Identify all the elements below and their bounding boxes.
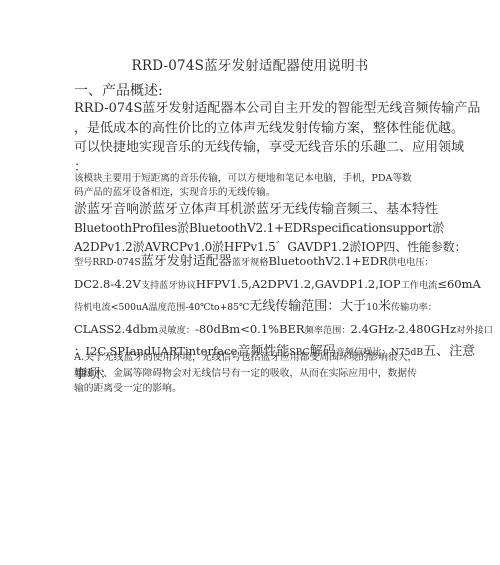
spec-line: 型号RRD-074S蓝牙发射适配器蓝牙规格BluetoothV2.1+EDR供电… — [74, 250, 436, 273]
spec-segment: 供电电压： — [388, 257, 434, 268]
spec-segment: 蓝牙发射适配器 — [141, 254, 232, 269]
section-heading-overview: 一、产品概述: — [74, 80, 163, 100]
spec-segment: 型号RRD-074S — [74, 257, 141, 268]
spec-segment: HFPV1.5,A2DPV1.2,GAVDP1.2,IOP — [196, 277, 401, 291]
text-line: 淤蓝牙音响淤蓝牙立体声耳机淤蓝牙无线传输音频三、基本特性 — [74, 200, 436, 219]
spec-segment: 支持蓝牙协议 — [141, 280, 196, 291]
spec-segment: DC2.8-4.2V — [74, 277, 141, 291]
spec-line: DC2.8-4.2V支持蓝牙协议HFPV1.5,A2DPV1.2,GAVDP1.… — [74, 273, 436, 296]
spec-segment: 米 — [378, 299, 391, 314]
text-line: 如树木、金属等障碍物会对无线信号有一定的吸收，从而在实际应用中，数据传 — [74, 366, 436, 382]
text-line: ，是低成本的高性价比的立体声无线发射传输方案，整体性能优越。 — [74, 119, 436, 139]
spec-segment: 10 — [366, 302, 378, 313]
text-line: 该模块主要用于短距离的音乐传输，可以方便地和笔记本电脑，手机，PDA等数 — [74, 172, 436, 186]
text-line: A.关于无线蓝牙的使用环境，无线信号包括蓝牙应用都受周围环境的影响很大， — [74, 350, 436, 366]
spec-segment: 灵敏度： — [158, 325, 195, 336]
text-line: 输的距离受一定的影响。 — [74, 381, 436, 397]
spec-segment: 蓝牙规格 — [232, 257, 269, 268]
spec-segment: 频率范围： — [305, 325, 351, 336]
overview-paragraph: RRD-074S蓝牙发射适配器本公司自主开发的智能型无线音频传输产品 ，是低成本… — [74, 99, 436, 177]
spec-line: CLASS2.4dbm灵敏度：-80dBm<0.1%BER频率范围：2.4GHz… — [74, 318, 436, 341]
spec-segment: 传输功率： — [391, 302, 437, 313]
spec-segment: 2.4GHz-2.480GHz — [351, 322, 457, 336]
application-paragraph: 该模块主要用于短距离的音乐传输，可以方便地和笔记本电脑，手机，PDA等数 码产品… — [74, 172, 436, 200]
text-line: 码产品的蓝牙设备相连，实现音乐的无线传输。 — [74, 186, 436, 200]
document-title: RRD-074S蓝牙发射适配器使用说明书 — [0, 54, 500, 74]
text-line: RRD-074S蓝牙发射适配器本公司自主开发的智能型无线音频传输产品 — [74, 99, 436, 119]
spec-segment: BluetoothV2.1+EDR — [268, 254, 387, 268]
spec-segment: 待机电流<500uA温度范围-40℃to+85℃ — [74, 302, 249, 313]
text-line: BluetoothProfiles淤BluetoothV2.1+EDRspeci… — [74, 219, 436, 238]
spec-segment: 对外接口 — [456, 325, 493, 336]
spec-segment: CLASS2.4dbm — [74, 322, 158, 336]
spec-segment: 工作电流 — [401, 280, 438, 291]
spec-segment: ≤60mA — [437, 277, 480, 291]
text-line: 可以快捷地实现音乐的无线传输，享受无线音乐的乐趣二、应用领域 — [74, 138, 436, 158]
features-paragraph: 淤蓝牙音响淤蓝牙立体声耳机淤蓝牙无线传输音频三、基本特性 BluetoothPr… — [74, 200, 436, 257]
spec-segment: 无线传输范围：大于 — [249, 299, 366, 314]
notes-paragraph: A.关于无线蓝牙的使用环境，无线信号包括蓝牙应用都受周围环境的影响很大， 如树木… — [74, 350, 436, 397]
document-page: RRD-074S蓝牙发射适配器使用说明书 一、产品概述: RRD-074S蓝牙发… — [0, 0, 500, 565]
spec-segment: -80dBm<0.1%BER — [195, 322, 305, 336]
spec-line: 待机电流<500uA温度范围-40℃to+85℃无线传输范围：大于10米传输功率… — [74, 295, 436, 318]
